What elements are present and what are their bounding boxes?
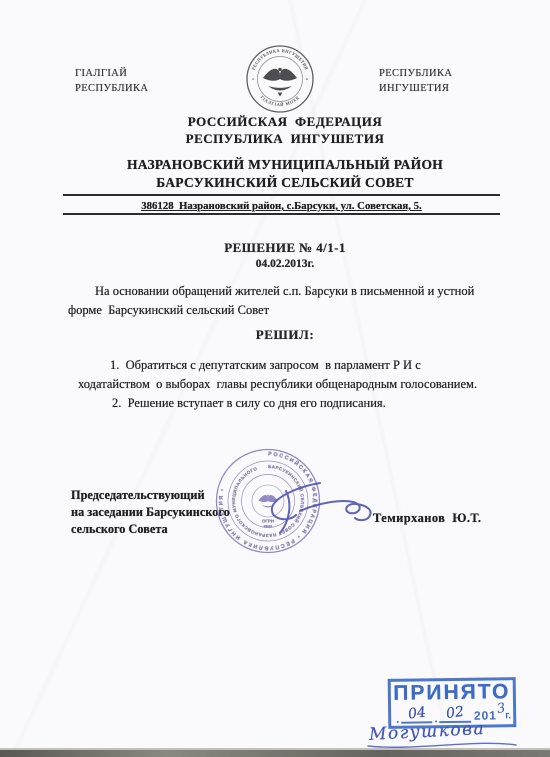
- svg-text:РЕСПУБЛИКА ИНГУШЕТИЯ: РЕСПУБЛИКА ИНГУШЕТИЯ: [251, 48, 310, 71]
- header-left-line1: ГIАЛГIАЙ: [75, 66, 148, 81]
- scan-edge-artifact: [0, 750, 550, 757]
- address-text: 386128 Назрановский район, с.Барсуки, ул…: [141, 200, 422, 212]
- preamble-line: форме Барсукинский сельский Совет: [68, 303, 269, 318]
- header-right-line1: РЕСПУБЛИКА: [379, 66, 452, 81]
- decision-item-line: 1. Обратиться с депутатским запросом в п…: [110, 358, 421, 373]
- federation-title-line1: РОССИЙСКАЯ ФЕДЕРАЦИЯ: [20, 113, 550, 130]
- chairman-signature: [256, 477, 388, 541]
- coat-of-arms-icon: РЕСПУБЛИКА ИНГУШЕТИЯ ГIАЛГIАЙ МОХК: [245, 44, 315, 114]
- chairman-name: Темирханов Ю.Т.: [373, 511, 481, 526]
- emblem-eagle-icon: [263, 68, 297, 97]
- municipal-title-line1: НАЗРАНОВСКИЙ МУНИЦИПАЛЬНЫЙ РАЙОН: [20, 156, 550, 174]
- emblem-arc-top-text: РЕСПУБЛИКА ИНГУШЕТИЯ: [251, 48, 310, 71]
- header-right-line2: ИНГУШЕТИЯ: [379, 81, 452, 96]
- municipal-title: НАЗРАНОВСКИЙ МУНИЦИПАЛЬНЫЙ РАЙОН БАРСУКИ…: [20, 156, 550, 191]
- resolved-heading: РЕШИЛ:: [20, 327, 550, 343]
- municipal-title-line2: БАРСУКИНСКИЙ СЕЛЬСКИЙ СОВЕТ: [20, 174, 550, 192]
- preamble-line: На основании обращений жителей с.п. Барс…: [95, 284, 474, 299]
- header-left-republic-name: ГIАЛГIАЙ РЕСПУБЛИКА: [75, 66, 148, 96]
- decision-item-line: 2. Решение вступает в силу со дня его по…: [112, 396, 386, 411]
- scanned-document-page: ГIАЛГIАЙ РЕСПУБЛИКА РЕСПУБЛИКА ИНГУШЕТИЯ…: [0, 0, 550, 757]
- chairman-role-line2: на заседании Барсукинского: [71, 504, 230, 521]
- decision-date: 04.02.2013г.: [20, 258, 550, 270]
- decision-item-line: ходатайством о выборах главы республики …: [78, 377, 477, 392]
- address-bar: 386128 Назрановский район, с.Барсуки, ул…: [63, 194, 500, 215]
- chairman-role-line3: сельского Совета: [71, 521, 230, 538]
- decision-title: РЕШЕНИЕ № 4/1-1: [20, 240, 550, 256]
- federation-title: РОССИЙСКАЯ ФЕДЕРАЦИЯ РЕСПУБЛИКА ИНГУШЕТИ…: [20, 113, 550, 147]
- federation-title-line2: РЕСПУБЛИКА ИНГУШЕТИЯ: [20, 130, 550, 147]
- chairman-role-title: Председательствующий на заседании Барсук…: [71, 487, 230, 537]
- header-left-line2: РЕСПУБЛИКА: [75, 81, 148, 96]
- header-right-republic-name: РЕСПУБЛИКА ИНГУШЕТИЯ: [379, 66, 452, 96]
- stamp-day-handwritten: 04: [407, 704, 427, 722]
- accepted-stamp-label: ПРИНЯТО: [391, 680, 513, 705]
- chairman-role-line1: Председательствующий: [71, 487, 230, 504]
